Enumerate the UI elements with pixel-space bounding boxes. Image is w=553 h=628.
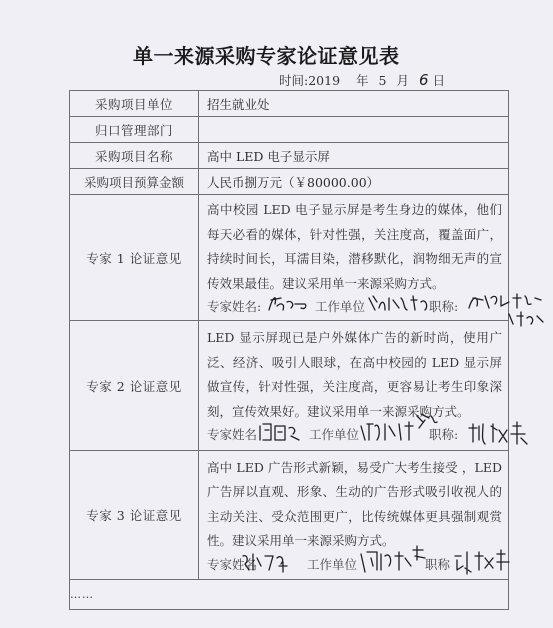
date-year-unit: 年	[356, 71, 369, 89]
handwritten-title	[465, 288, 553, 328]
row-value: 人民币捌万元（￥80000.00）	[199, 169, 509, 195]
row-value	[199, 117, 509, 143]
row-label: 采购项目单位	[70, 91, 199, 117]
handwritten-name-signature	[265, 292, 315, 316]
handwritten-work-unit	[367, 292, 437, 316]
row-label: 归口管理部门	[70, 117, 199, 143]
additional-experts-row: ……	[70, 580, 509, 610]
expert-label: 专家 3 论证意见	[70, 451, 199, 580]
expert-opinion-text: 高中 LED 广告形式新颖，易受广大考生接受 ，LED 广告屏以直观、形象、生动…	[207, 456, 502, 554]
handwritten-name-signature	[239, 550, 299, 576]
expert-opinion-cell: LED 显示屏现已是户外媒体广告的新时尚，使用广泛、经济、吸引人眼球，在高中校园…	[199, 321, 509, 451]
title-label: 职称:	[429, 424, 458, 446]
signature-line: 专家姓名 工作单位 职称:	[207, 424, 502, 446]
date-line: 时间:2019年5月6日	[279, 71, 445, 89]
expert-row-2: 专家 2 论证意见 LED 显示屏现已是户外媒体广告的新时尚，使用广泛、经济、吸…	[70, 321, 509, 451]
work-unit-label: 工作单位	[307, 554, 357, 576]
expert-row-1: 专家 1 论证意见 高中校园 LED 电子显示屏是考生身边的媒体，他们每天必看的…	[70, 195, 509, 321]
handwritten-title	[465, 420, 545, 450]
expert-row-3: 专家 3 论证意见 高中 LED 广告形式新颖，易受广大考生接受 ，LED 广告…	[70, 451, 509, 580]
expert-opinion-text: LED 显示屏现已是户外媒体广告的新时尚，使用广泛、经济、吸引人眼球，在高中校园…	[207, 326, 502, 424]
name-label: 专家姓名	[207, 424, 257, 446]
date-month: 5	[379, 73, 387, 88]
name-label: 专家姓名:	[207, 296, 261, 318]
date-label: 时间:	[279, 71, 308, 89]
date-day-handwritten: 6	[419, 71, 429, 89]
handwritten-name-signature	[257, 420, 307, 446]
expert-label: 专家 2 论证意见	[70, 321, 199, 451]
date-month-unit: 月	[397, 71, 410, 89]
opinion-form-table: 采购项目单位 招生就业处 归口管理部门 采购项目名称 高中 LED 电子显示屏 …	[69, 90, 509, 610]
handwritten-title	[453, 548, 523, 578]
ellipsis-placeholder: ……	[70, 580, 509, 610]
row-value: 高中 LED 电子显示屏	[199, 143, 509, 169]
expert-opinion-text: 高中校园 LED 电子显示屏是考生身边的媒体，他们每天必看的媒体，针对性强，关注…	[207, 198, 502, 296]
work-unit-label: 工作单位	[315, 296, 365, 318]
expert-label: 专家 1 论证意见	[70, 195, 199, 321]
page-title: 单一来源采购专家论证意见表	[133, 40, 393, 69]
expert-opinion-cell: 高中 LED 广告形式新颖，易受广大考生接受 ，LED 广告屏以直观、形象、生动…	[199, 451, 509, 580]
row-label: 采购项目预算金额	[70, 169, 199, 195]
signature-line: 专家姓名 工作单位 职称	[207, 554, 502, 576]
signature-line: 专家姓名: 工作单位 职称:	[207, 296, 502, 318]
form-row-department: 归口管理部门	[70, 117, 509, 143]
form-row-budget: 采购项目预算金额 人民币捌万元（￥80000.00）	[70, 169, 509, 195]
title-label: 职称	[425, 554, 450, 576]
work-unit-label: 工作单位	[309, 424, 359, 446]
date-day-unit: 日	[433, 71, 446, 89]
date-year: 2019	[308, 73, 340, 88]
form-row-project-name: 采购项目名称 高中 LED 电子显示屏	[70, 143, 509, 169]
title-label: 职称:	[429, 296, 458, 318]
expert-opinion-cell: 高中校园 LED 电子显示屏是考生身边的媒体，他们每天必看的媒体，针对性强，关注…	[199, 195, 509, 321]
row-value: 招生就业处	[199, 91, 509, 117]
row-label: 采购项目名称	[70, 143, 199, 169]
form-row-unit: 采购项目单位 招生就业处	[70, 91, 509, 117]
